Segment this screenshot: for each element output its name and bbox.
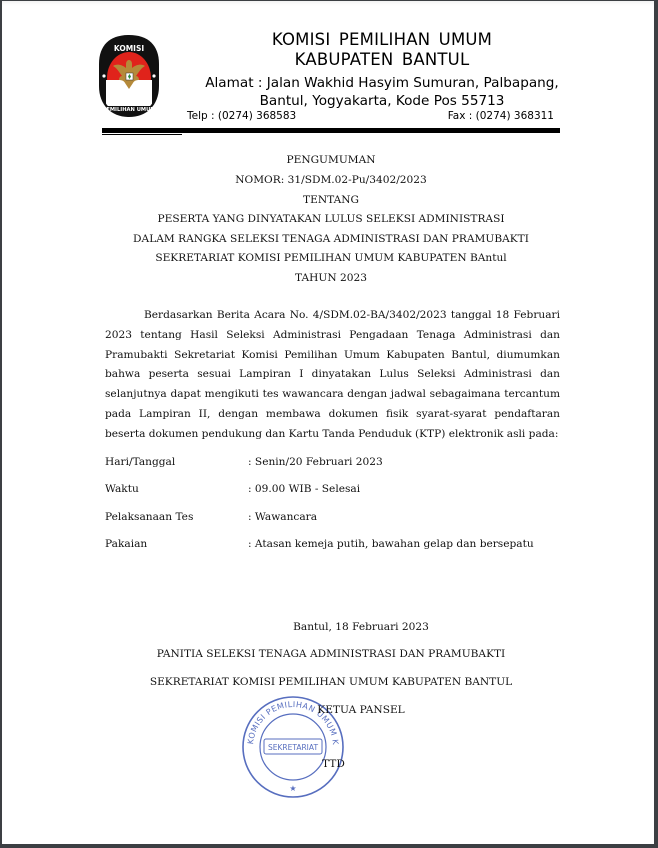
place-date: Bantul, 18 Februari 2023 <box>132 621 590 633</box>
signed-mark: TTD <box>322 758 345 770</box>
letterhead-title-line1: KOMISI PEMILIHAN UMUM <box>162 30 602 49</box>
svg-text:KOMISI: KOMISI <box>114 44 145 53</box>
letterhead-telp: Telp : (0274) 368583 <box>187 110 296 122</box>
detail-value: : 09.00 WIB - Selesai <box>248 483 360 495</box>
detail-value: : Wawancara <box>248 511 317 523</box>
detail-label: Waktu <box>105 483 139 495</box>
svg-text:SEKRETARIAT: SEKRETARIAT <box>268 743 318 752</box>
subject-line: PESERTA YANG DINYATAKAN LULUS SELEKSI AD… <box>102 213 560 225</box>
detail-label: Pelaksanaan Tes <box>105 511 193 523</box>
svg-text:PEMILIHAN UMUM: PEMILIHAN UMUM <box>103 107 156 113</box>
letterhead-rule-thin <box>102 134 182 135</box>
letterhead-address-line1: Alamat : Jalan Wakhid Hasyim Sumuran, Pa… <box>172 75 592 91</box>
detail-value: : Senin/20 Februari 2023 <box>248 456 383 468</box>
letterhead-rule <box>102 128 560 133</box>
letterhead-title-line2: KABUPATEN BANTUL <box>162 50 602 69</box>
letterhead-address-line2: Bantul, Yogyakarta, Kode Pos 55713 <box>172 93 592 109</box>
detail-value: : Atasan kemeja putih, bawahan gelap dan… <box>248 538 534 550</box>
detail-label: Pakaian <box>105 538 147 550</box>
announcement-type: PENGUMUMAN <box>102 154 560 166</box>
signatory-role: KETUA PANSEL <box>132 704 590 716</box>
subject-line: DALAM RANGKA SELEKSI TENAGA ADMINISTRASI… <box>102 233 560 245</box>
committee-line2: SEKRETARIAT KOMISI PEMILIHAN UMUM KABUPA… <box>102 676 560 688</box>
announcement-number: NOMOR: 31/SDM.02-Pu/3402/2023 <box>102 174 560 186</box>
letterhead-fax: Fax : (0274) 368311 <box>448 110 554 122</box>
body-paragraph: Berdasarkan Berita Acara No. 4/SDM.02-BA… <box>105 306 560 445</box>
document-page: KOMISI PEMILIHAN UMUM KOMISI PEMILIHAN U… <box>2 1 654 844</box>
detail-label: Hari/Tanggal <box>105 456 175 468</box>
kpu-logo-icon: KOMISI PEMILIHAN UMUM <box>98 34 160 118</box>
subject-line: SEKRETARIAT KOMISI PEMILIHAN UMUM KABUPA… <box>102 252 560 264</box>
svg-text:★: ★ <box>289 784 296 793</box>
subject-line: TAHUN 2023 <box>102 272 560 284</box>
announcement-about: TENTANG <box>102 194 560 206</box>
committee-line1: PANITIA SELEKSI TENAGA ADMINISTRASI DAN … <box>102 648 560 660</box>
